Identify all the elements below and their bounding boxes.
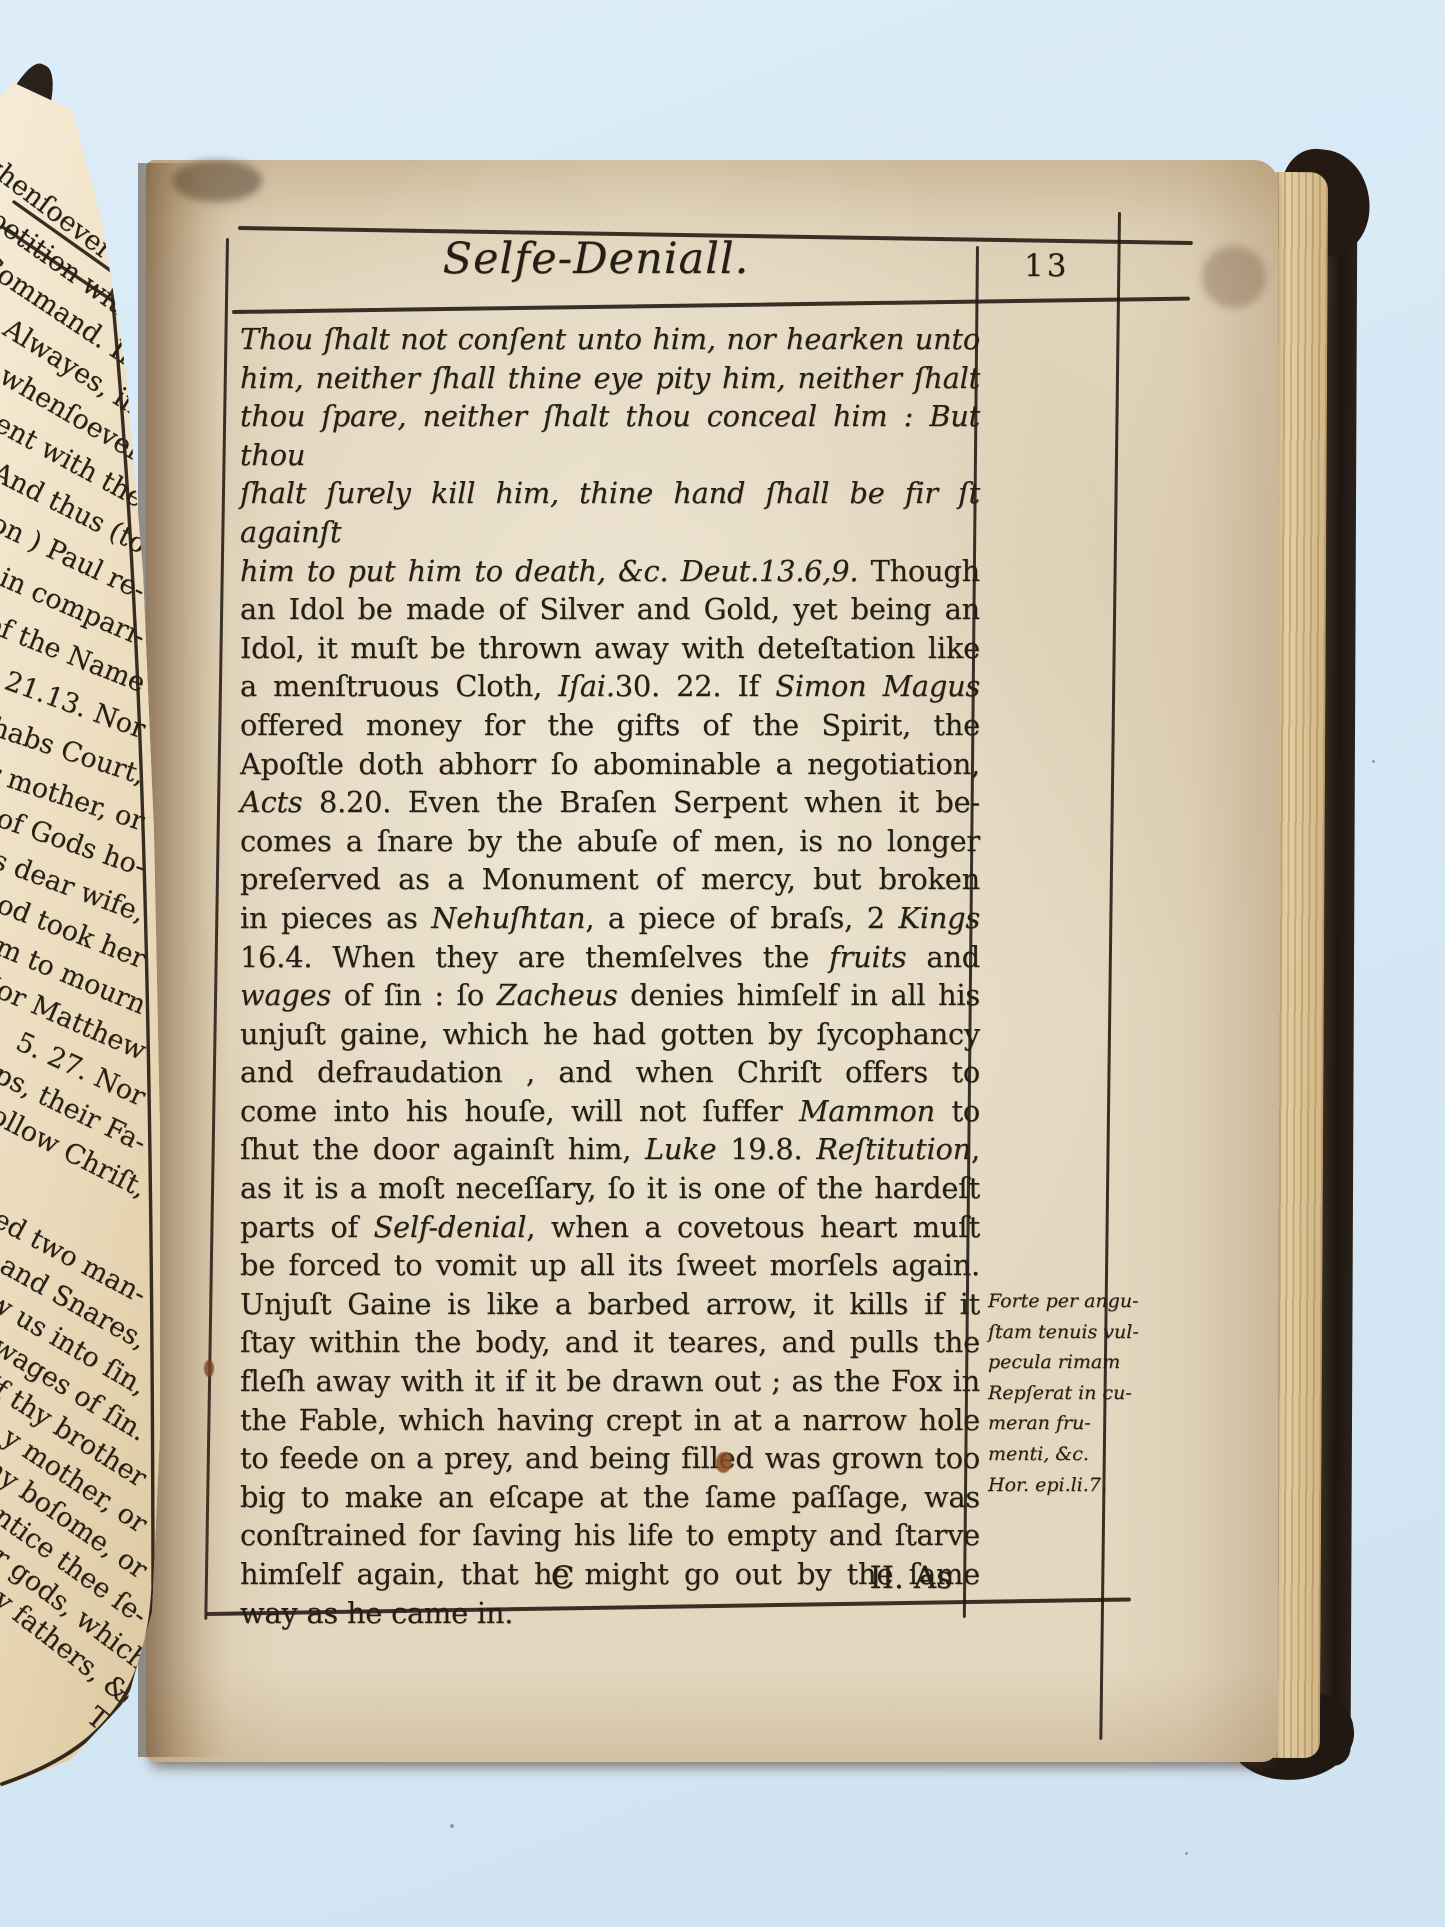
body-text-line: Idol, it muſt be thrown away with deteſt… (240, 629, 980, 668)
body-text-line: and defraudation , and when Chriſt offer… (240, 1053, 980, 1092)
body-text-line: wages of ſin : ſo Zacheus denies himſelf… (240, 976, 980, 1015)
body-text-line: parts of Self-denial, when a covetous he… (240, 1208, 980, 1247)
dust-speck (1185, 1852, 1188, 1855)
margin-note-line: pecula rimam (988, 1347, 1120, 1378)
body-text-line: as it is a moſt neceſſary, ſo it is one … (240, 1169, 980, 1208)
body-text-line: Acts 8.20. Even the Braſen Serpent when … (240, 783, 980, 822)
head-rule-lower (232, 297, 1190, 314)
margin-note-line: Hor. epi.li.7. (988, 1470, 1120, 1501)
margin-note: Forte per angu-ſtam tenuis vul-pecula ri… (988, 1286, 1120, 1500)
signature-mark: C (551, 1560, 575, 1596)
margin-column-rule (1099, 212, 1121, 1740)
body-text: Thou ſhalt not conſent unto him, nor hea… (240, 320, 980, 1632)
dust-speck (1372, 760, 1375, 763)
direction-line: C II. As (240, 1560, 980, 1596)
body-text-line: ſtay within the body, and it teares, and… (240, 1323, 980, 1362)
body-text-line: fleſh away with it if it be drawn out ; … (240, 1362, 980, 1401)
body-text-line: preſerved as a Monument of mercy, but br… (240, 860, 980, 899)
catchword: II. As (870, 1560, 981, 1596)
body-text-line: in pieces as Nehuſhtan, a piece of braſs… (240, 899, 980, 938)
page-smudge (1202, 246, 1266, 308)
body-text-line: ſhalt ſurely kill him, thine hand ſhall … (240, 474, 980, 551)
body-text-line: a menſtruous Cloth, Iſai.30. 22. If Simo… (240, 667, 980, 706)
body-text-line: him to put him to death, &c. Deut.13.6,9… (240, 552, 980, 591)
body-text-line: Apoſtle doth abhorr ſo abominable a nego… (240, 745, 980, 784)
body-text-line: unjuſt gaine, which he had gotten by ſyc… (240, 1015, 980, 1054)
margin-note-line: Forte per angu- (988, 1286, 1120, 1317)
body-text-line: him, neither ſhall thine eye pity him, n… (240, 359, 980, 398)
margin-note-line: Repſerat in cu- (988, 1378, 1120, 1409)
body-text-line: to feede on a prey, and being filled was… (240, 1439, 980, 1478)
margin-note-line: meran fru- (988, 1408, 1120, 1439)
book-photo: Selfe-Deniall. 13 Thou ſhalt not conſent… (0, 0, 1445, 1927)
body-text-line: Unjuſt Gaine is like a barbed arrow, it … (240, 1285, 980, 1324)
body-text-line: offered money for the gifts of the Spiri… (240, 706, 980, 745)
body-text-line: be forced to vomit up all its ſweet morſ… (240, 1246, 980, 1285)
page-number: 13 (1024, 248, 1069, 284)
body-text-line: thou ſpare, neither ſhalt thou conceal h… (240, 397, 980, 474)
body-text-line: Thou ſhalt not conſent unto him, nor hea… (240, 320, 980, 359)
dust-speck (450, 1824, 454, 1828)
body-text-line: ſhut the door againſt him, Luke 19.8. Re… (240, 1130, 980, 1169)
margin-note-line: ſtam tenuis vul- (988, 1317, 1120, 1348)
text-frame-left-rule (204, 238, 229, 1620)
body-text-line: comes a ſnare by the abuſe of men, is no… (240, 822, 980, 861)
body-text-line: 16.4. When they are themſelves the fruit… (240, 938, 980, 977)
body-text-line: an Idol be made of Silver and Gold, yet … (240, 590, 980, 629)
body-text-line: way as he came in. (240, 1594, 980, 1633)
body-text-line: the Fable, which having crept in at a na… (240, 1401, 980, 1440)
body-text-line: big to make an eſcape at the ſame paſſag… (240, 1478, 980, 1517)
margin-note-line: menti, &c. (988, 1439, 1120, 1470)
running-head: Selfe-Deniall. (386, 234, 806, 284)
right-page: Selfe-Deniall. 13 Thou ſhalt not conſent… (146, 160, 1278, 1762)
page-smudge (172, 160, 262, 202)
body-text-line: come into his houſe, will not ſuffer Mam… (240, 1092, 980, 1131)
ink-stain (204, 1360, 214, 1377)
body-text-line: conſtrained for ſaving his life to empty… (240, 1516, 980, 1555)
